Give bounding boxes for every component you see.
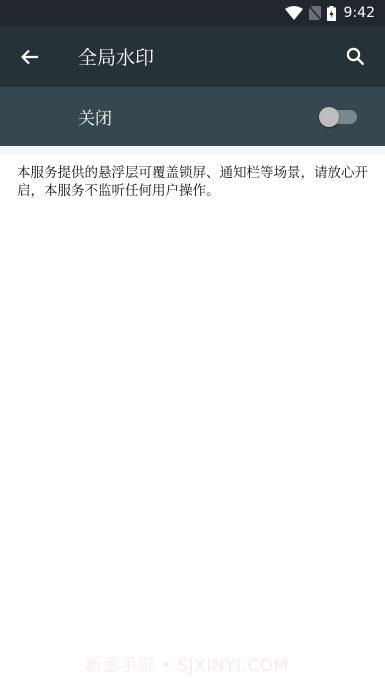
arrow-left-icon bbox=[21, 49, 39, 65]
page-title: 全局水印 bbox=[78, 43, 325, 70]
toggle-thumb bbox=[319, 107, 339, 127]
watermark-toggle[interactable] bbox=[319, 107, 359, 127]
back-button[interactable] bbox=[0, 26, 60, 87]
search-button[interactable] bbox=[325, 26, 385, 87]
description-text: 本服务提供的悬浮层可覆盖锁屏、通知栏等场景，请放心开启，本服务不监听任何用户操作… bbox=[17, 164, 372, 200]
no-sim-icon bbox=[309, 6, 321, 20]
status-bar: 9:42 bbox=[0, 0, 385, 26]
divider bbox=[0, 146, 385, 154]
search-icon bbox=[346, 47, 365, 66]
watermark-text: 新意手游 • SJXINYI.COM bbox=[85, 651, 289, 676]
master-switch-bar[interactable]: 关闭 bbox=[0, 87, 385, 146]
status-time: 9:42 bbox=[344, 5, 375, 21]
battery-charging-icon bbox=[327, 6, 336, 21]
wifi-icon bbox=[285, 6, 303, 20]
app-toolbar: 全局水印 bbox=[0, 26, 385, 87]
switch-label: 关闭 bbox=[78, 104, 319, 129]
